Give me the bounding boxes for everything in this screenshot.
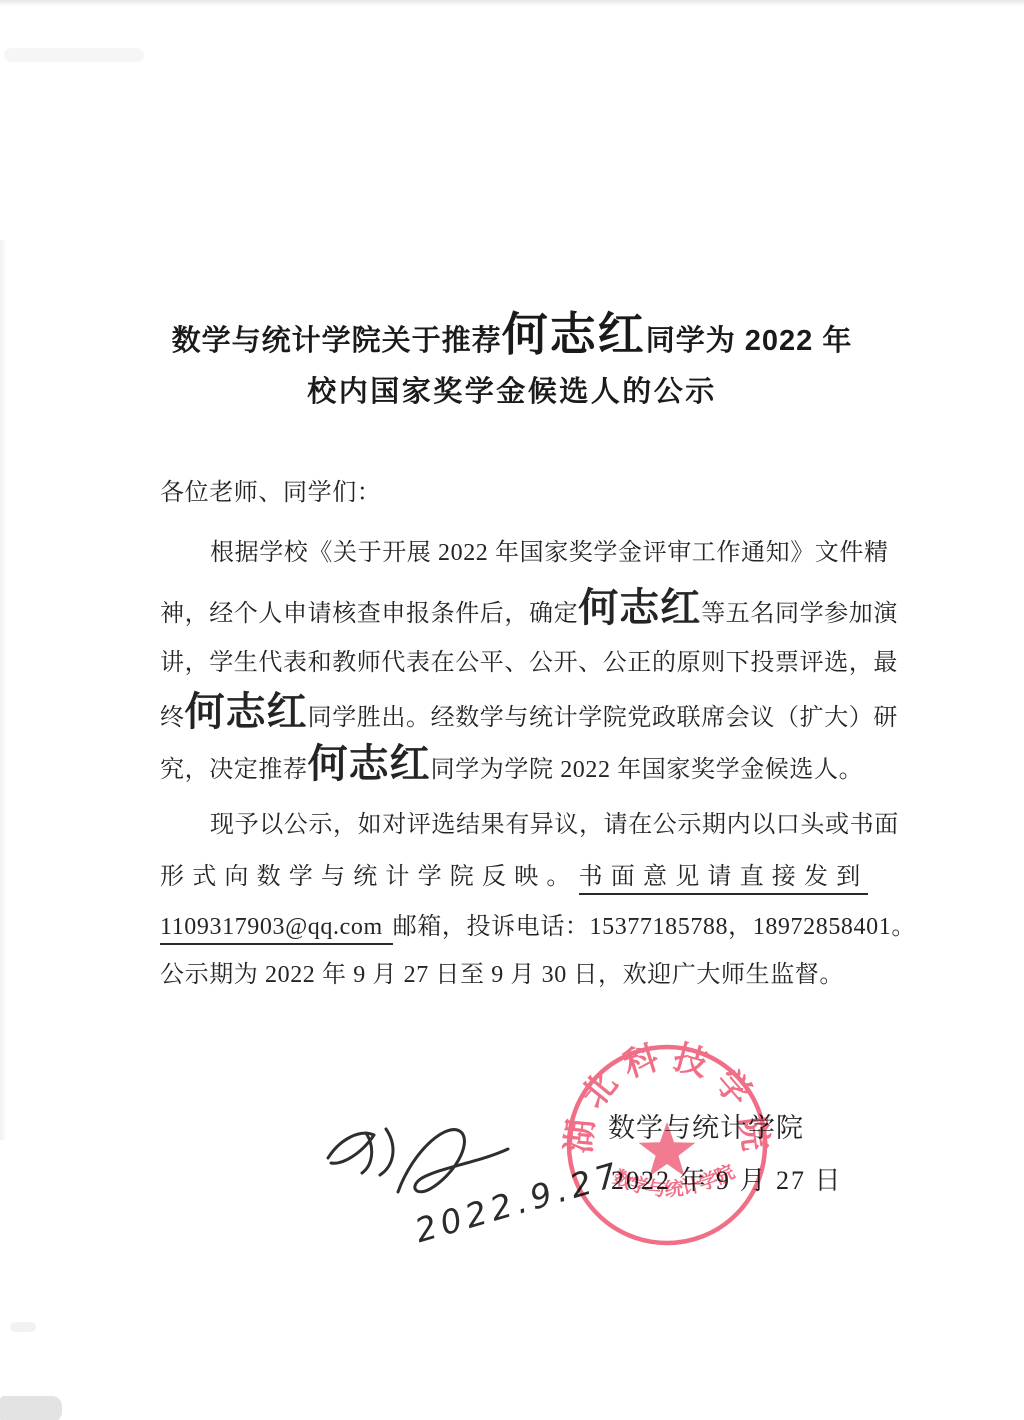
body-text: 同学胜出。经数学与统计学院党政联席会议（扩大）研: [308, 705, 898, 731]
title-line1-post: 同学为 2022 年: [646, 325, 853, 357]
scanned-document-page: 数学与统计学院关于推荐何志红同学为 2022 年 校内国家奖学金候选人的公示 各…: [0, 0, 1024, 1420]
body-line: 神，经个人申请核查申报条件后，确定何志红等五名同学参加演: [160, 584, 874, 638]
body-line: 现予以公示，如对评选结果有异议，请在公示期内以口头或书面: [160, 810, 874, 840]
official-stamp: 湖北科技学院 数学与统计学院: [562, 1040, 772, 1250]
scan-edge-shadow-top: [0, 0, 1024, 6]
title-line-2: 校内国家奖学金候选人的公示: [0, 375, 1024, 409]
signature-stroke: [362, 1133, 372, 1173]
body-line: 根据学校《关于开展 2022 年国家奖学金评审工作通知》文件精: [160, 538, 874, 568]
body-text: 神，经个人申请核查申报条件后，确定: [160, 601, 578, 627]
body-text: 等五名同学参加演: [701, 601, 898, 627]
document-title: 数学与统计学院关于推荐何志红同学为 2022 年 校内国家奖学金候选人的公示: [0, 306, 1024, 409]
body-text: 究，决定推荐: [160, 757, 308, 783]
student-name-title: 何志红: [502, 308, 646, 360]
student-name-emphasis: 何志红: [185, 689, 308, 734]
signature-stroke: [398, 1130, 508, 1192]
body-line: 究，决定推荐何志红同学为学院 2022 年国家奖学金候选人。: [160, 740, 874, 794]
student-name-emphasis: 何志红: [578, 585, 701, 630]
body-text: 同学为学院 2022 年国家奖学金候选人。: [431, 757, 864, 783]
student-name-emphasis: 何志红: [308, 741, 431, 786]
title-line-1: 数学与统计学院关于推荐何志红同学为 2022 年: [0, 306, 1024, 369]
scan-smudge-top-left: [4, 48, 144, 62]
body-line: 讲，学生代表和教师代表在公平、公开、公正的原则下投票评选，最: [160, 648, 874, 678]
signature-stroke: [380, 1129, 393, 1175]
scan-speck: [10, 1322, 36, 1332]
scan-smudge-bottom-left: [0, 1396, 62, 1420]
email-address: 1109317903@qq.com: [160, 914, 393, 945]
body-text: 邮箱，投诉电话：15377185788，18972858401。: [393, 914, 916, 940]
body-text: 终: [160, 705, 185, 731]
body-line: 终何志红同学胜出。经数学与统计学院党政联席会议（扩大）研: [160, 688, 874, 742]
body-line: 公示期为 2022 年 9 月 27 日至 9 月 30 日，欢迎广大师生监督。: [160, 960, 874, 990]
title-line1-pre: 数学与统计学院关于推荐: [172, 325, 502, 357]
salutation: 各位老师、同学们：: [160, 478, 874, 508]
star-icon: [639, 1122, 696, 1176]
body-line: 形式向数学与统计学院反映。书面意见请直接发到: [160, 862, 874, 892]
body-line: 1109317903@qq.com邮箱，投诉电话：15377185788，189…: [160, 912, 874, 942]
underlined-notice-text: 书面意见请直接发到: [579, 864, 869, 895]
body-text: 形式向数学与统计学院反映。: [160, 864, 579, 890]
